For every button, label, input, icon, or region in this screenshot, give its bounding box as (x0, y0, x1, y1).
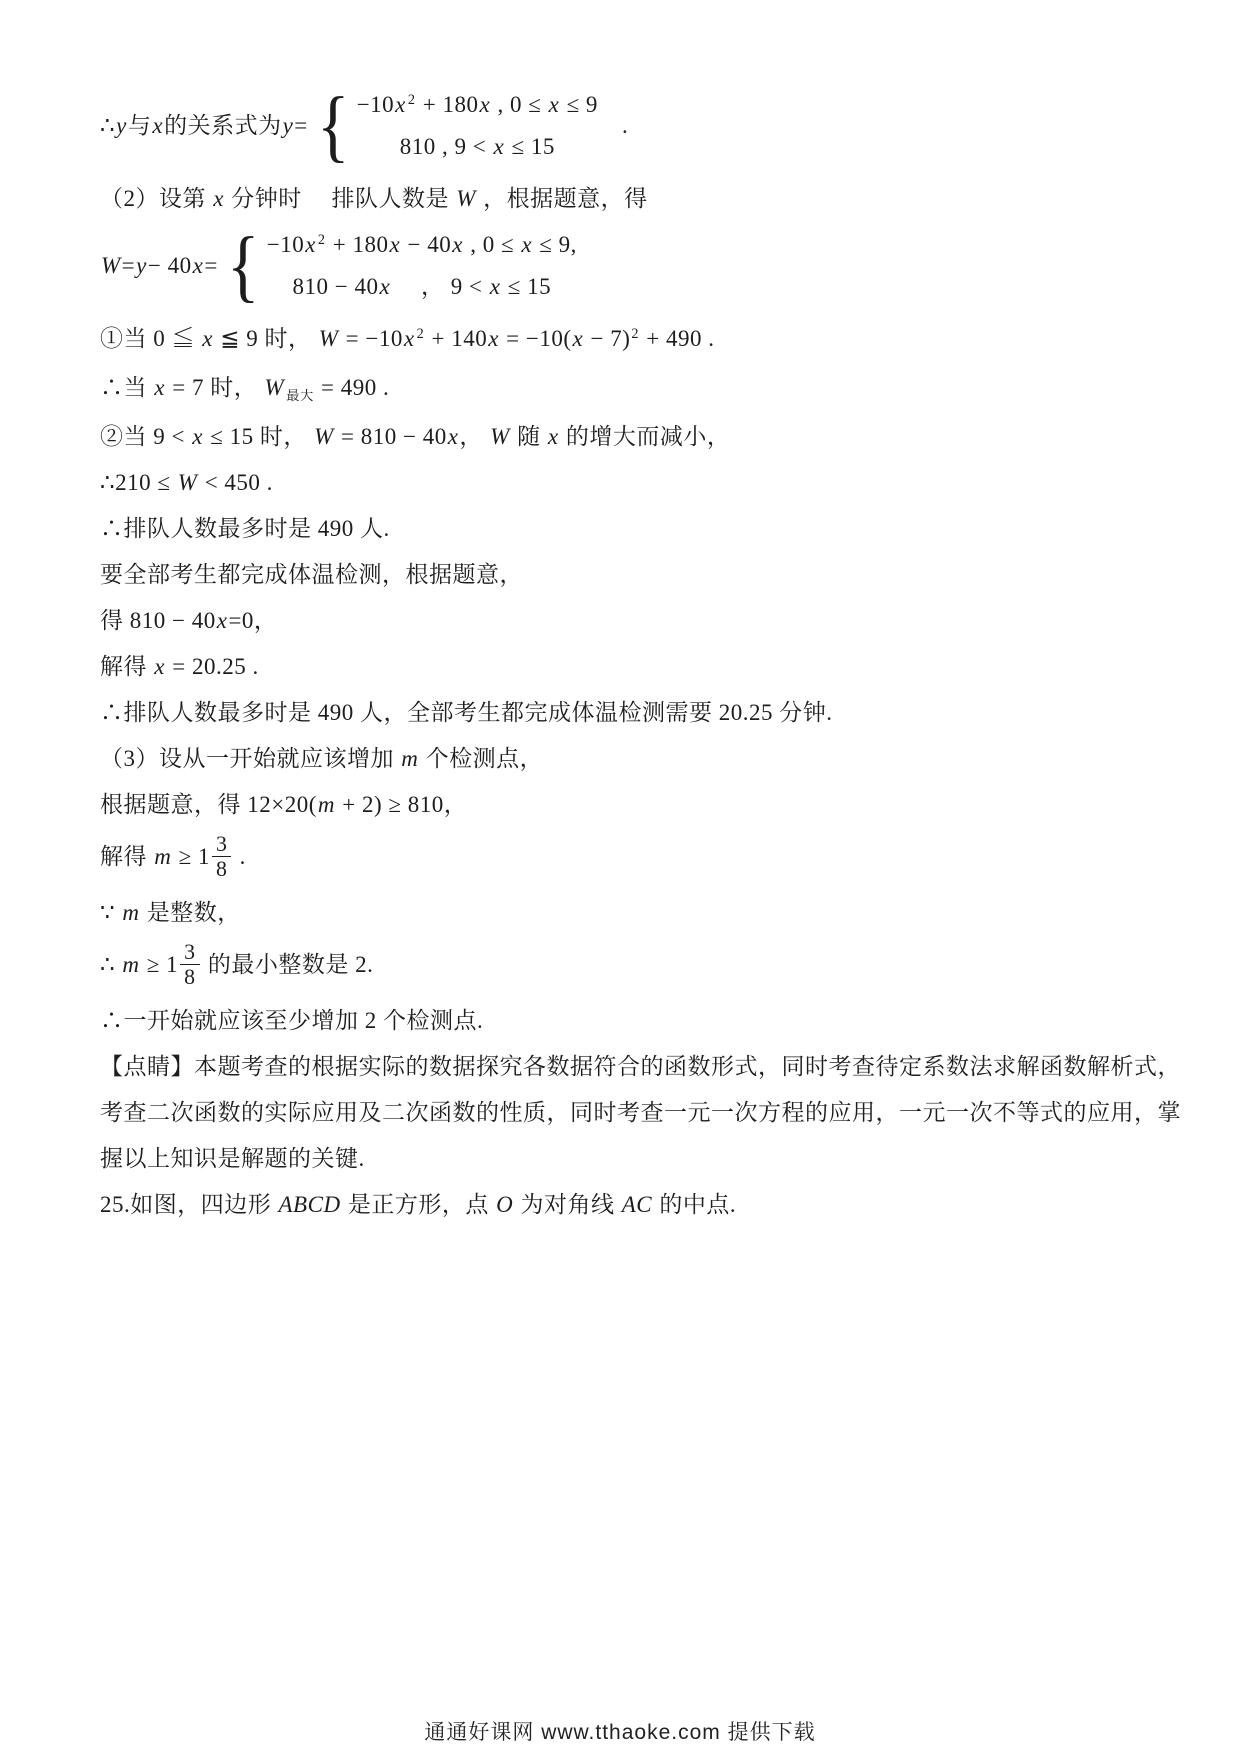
text-run: − 7) (584, 326, 630, 351)
text-run: 【点睛】本题考查的根据实际的数据探究各数据符合的函数形式，同时考查待定系数法求解… (100, 1054, 1181, 1079)
math-variable: m (153, 844, 172, 869)
w-range-line: ∴210 ≤ W < 450 . (100, 466, 1150, 500)
document-page: ∴ y 与 x 的关系式为 y = {−10x2 + 180x , 0 ≤ x … (0, 0, 1240, 1754)
math-variable: x (520, 232, 533, 257)
math-variable: x (153, 375, 166, 400)
text-run: + 180 (327, 232, 389, 257)
text-run: 握以上知识是解题的关键. (100, 1146, 365, 1171)
text-run: + 140 (425, 326, 487, 351)
text-run: 2 (407, 92, 417, 108)
math-variable: W (455, 186, 477, 211)
math-variable: x (493, 134, 506, 159)
text-run: 要全部考生都完成体温检测，根据题意， (100, 562, 523, 587)
text-run: 的关系式为 (164, 109, 282, 143)
text-run: = 7 时， (166, 375, 263, 400)
math-variable: W (318, 326, 340, 351)
text-run: ≤ 15 时， (204, 424, 313, 449)
m-integer-line: ∵ m 是整数， (100, 896, 1150, 930)
left-brace: { (317, 88, 350, 164)
text-run: =0， (228, 608, 277, 633)
math-variable: y (115, 109, 128, 143)
text-run: 2 (416, 326, 426, 342)
math-variable: W (489, 424, 511, 449)
text-run: = (204, 249, 217, 283)
text-run: ①当 0 ≦ (100, 326, 201, 351)
math-variable: y (135, 249, 148, 283)
text-run: ， (459, 424, 489, 449)
math-variable: x (547, 424, 560, 449)
math-variable: W (100, 249, 122, 283)
math-variable: x (389, 232, 402, 257)
comment-line-1: 【点睛】本题考查的根据实际的数据探究各数据符合的函数形式，同时考查待定系数法求解… (100, 1050, 1150, 1084)
text-run: < 450 . (198, 470, 272, 495)
solve-m-line: 解得 m ≥ 138 . (100, 834, 1150, 884)
text-run: 解得 (100, 654, 153, 679)
equation-line: 得 810 − 40x=0， (100, 604, 1150, 638)
text-run: − 40 (148, 249, 192, 283)
conclusion-part3: ∴一开始就应该至少增加 2 个检测点. (100, 1004, 1150, 1038)
left-brace: { (227, 228, 260, 304)
text-run: = −10 (339, 326, 402, 351)
piecewise-case-row: 810 − 40x ， 9 < x ≤ 15 (293, 272, 552, 302)
part2-setup: （2）设第 x 分钟时 排队人数是 W ，根据题意，得 (100, 182, 1150, 216)
text-run: = 810 − 40 (335, 424, 447, 449)
temp-check-condition: 要全部考生都完成体温检测，根据题意， (100, 558, 1150, 592)
text-run: ≥ 1 (172, 844, 210, 869)
text-run: 与 (128, 109, 152, 143)
text-run: ∴当 (100, 375, 153, 400)
solve-x-line: 解得 x = 20.25 . (100, 650, 1150, 684)
text-run: ∴排队人数最多时是 490 人，全部考生都完成体温检测需要 20.25 分钟. (100, 700, 833, 725)
w-max-line: ∴当 x = 7 时， W最大 = 490 . (100, 371, 1150, 408)
math-variable: O (495, 1192, 514, 1217)
text-run: + 180 (417, 92, 479, 117)
text-run: − 40 (401, 232, 451, 257)
text-run: ≤ 9 (560, 92, 598, 117)
math-variable: x (447, 424, 460, 449)
text-run: ≦ 9 时， (214, 326, 318, 351)
text-run: + 490 . (640, 326, 714, 351)
footer-text: 通通好课网 www.tthaoke.com 提供下载 (424, 1721, 815, 1744)
piecewise-cases: −10x2 + 180x , 0 ≤ x ≤ 9810 , 9 < x ≤ 15 (357, 90, 598, 162)
text-run: ∴排队人数最多时是 490 人. (100, 516, 390, 541)
text-run: 810 − 40 (293, 274, 379, 299)
w-formula: W = y − 40x = {−10x2 + 180x − 40x , 0 ≤ … (100, 228, 1150, 304)
math-variable: x (394, 92, 407, 117)
fraction: 38 (180, 940, 199, 990)
math-variable: x (216, 608, 229, 633)
math-variable: AC (621, 1192, 653, 1217)
fraction-numerator: 3 (212, 832, 231, 856)
text-run: 随 (511, 424, 547, 449)
text-run: + 2) ≥ 810， (336, 792, 467, 817)
case1-formula: ①当 0 ≦ x ≦ 9 时， W = −10x2 + 140x = −10(x… (100, 322, 1150, 359)
text-run: 是整数， (141, 900, 241, 925)
text-run: ∴一开始就应该至少增加 2 个检测点. (100, 1008, 483, 1033)
text-run: 考查二次函数的实际应用及二次函数的性质，同时考查一元一次方程的应用，一元一次不等… (100, 1100, 1181, 1125)
text-run: 2 (317, 232, 327, 248)
math-variable: x (572, 326, 585, 351)
text-run: 的增大而减小， (560, 424, 731, 449)
text-run: 是正方形，点 (342, 1192, 496, 1217)
math-variable: x (548, 92, 561, 117)
fraction-numerator: 3 (180, 940, 199, 964)
math-variable: x (151, 109, 164, 143)
text-run: ②当 9 < (100, 424, 191, 449)
text-run: , 0 ≤ (491, 92, 547, 117)
max-queue-line: ∴排队人数最多时是 490 人. (100, 512, 1150, 546)
piecewise-cases: −10x2 + 180x − 40x , 0 ≤ x ≤ 9,810 − 40x… (267, 230, 577, 302)
case2-formula: ②当 9 < x ≤ 15 时， W = 810 − 40x， W 随 x 的增… (100, 420, 1150, 454)
document-content: ∴ y 与 x 的关系式为 y = {−10x2 + 180x , 0 ≤ x … (100, 84, 1150, 1234)
conclusion-part2: ∴排队人数最多时是 490 人，全部考生都完成体温检测需要 20.25 分钟. (100, 696, 1150, 730)
text-run: , 0 ≤ (464, 232, 520, 257)
math-variable: y (282, 109, 295, 143)
question-25: 25.如图，四边形 ABCD 是正方形，点 O 为对角线 AC 的中点. (100, 1188, 1150, 1222)
text-run: ∴210 ≤ (100, 470, 177, 495)
text-run: 分钟时 排队人数是 (225, 186, 455, 211)
math-variable: m (400, 746, 419, 771)
page-footer: 通通好课网 www.tthaoke.com 提供下载 (0, 1716, 1240, 1746)
inequality-line: 根据题意，得 12×20(m + 2) ≥ 810， (100, 788, 1150, 822)
math-variable: x (201, 326, 214, 351)
math-variable: W (313, 424, 335, 449)
text-run: 解得 (100, 844, 153, 869)
math-variable: x (212, 186, 225, 211)
text-run: ≥ 1 (141, 952, 179, 977)
text-run: ，根据题意，得 (477, 186, 648, 211)
math-variable: W (177, 470, 199, 495)
math-variable: x (379, 274, 392, 299)
math-variable: m (121, 900, 140, 925)
math-variable: W (263, 375, 285, 400)
text-run: 最大 (285, 388, 315, 403)
text-run: 的中点. (653, 1192, 736, 1217)
text-run: 为对角线 (514, 1192, 621, 1217)
math-variable: x (451, 232, 464, 257)
text-run: ∵ (100, 900, 121, 925)
math-variable: x (304, 232, 317, 257)
fraction: 38 (212, 832, 231, 882)
piecewise-case-row: −10x2 + 180x − 40x , 0 ≤ x ≤ 9, (267, 230, 577, 263)
text-run: ， 9 < (391, 274, 488, 299)
text-run: ∴ (100, 952, 121, 977)
fraction-denominator: 8 (212, 856, 231, 881)
text-run: = (122, 249, 135, 283)
text-run: 25.如图，四边形 (100, 1192, 278, 1217)
math-variable: x (153, 654, 166, 679)
part3-setup: （3）设从一开始就应该增加 m 个检测点， (100, 742, 1150, 776)
math-variable: m (121, 952, 140, 977)
math-variable: x (191, 424, 204, 449)
math-variable: x (489, 274, 502, 299)
text-run: = (294, 109, 307, 143)
comment-line-3: 握以上知识是解题的关键. (100, 1142, 1150, 1176)
text-run: ≤ 15 (501, 274, 551, 299)
text-run: = 490 . (315, 375, 389, 400)
fraction-denominator: 8 (180, 964, 199, 989)
formula-period: . (622, 109, 628, 143)
comment-line-2: 考查二次函数的实际应用及二次函数的性质，同时考查一元一次方程的应用，一元一次不等… (100, 1096, 1150, 1130)
math-variable: ABCD (278, 1192, 342, 1217)
text-run: 得 810 − 40 (100, 608, 216, 633)
text-run: ∴ (100, 109, 115, 143)
text-run: = −10( (500, 326, 572, 351)
text-run: （3）设从一开始就应该增加 (100, 746, 400, 771)
math-variable: x (192, 249, 205, 283)
text-run: −10 (267, 232, 304, 257)
text-run: = 20.25 . (166, 654, 259, 679)
text-run: 的最小整数是 2. (202, 952, 374, 977)
text-run: 个检测点， (419, 746, 543, 771)
text-run: 810 , 9 < (400, 134, 493, 159)
text-run: （2）设第 (100, 186, 212, 211)
text-run: ≤ 15 (505, 134, 555, 159)
math-variable: m (317, 792, 336, 817)
relation-formula: ∴ y 与 x 的关系式为 y = {−10x2 + 180x , 0 ≤ x … (100, 88, 1150, 164)
text-run: . (233, 844, 246, 869)
min-integer-line: ∴ m ≥ 138 的最小整数是 2. (100, 942, 1150, 992)
math-variable: x (403, 326, 416, 351)
text-run: −10 (357, 92, 394, 117)
text-run: ≤ 9, (533, 232, 577, 257)
piecewise-case-row: 810 , 9 < x ≤ 15 (400, 132, 555, 162)
text-run: 根据题意，得 12×20( (100, 792, 317, 817)
text-run: 2 (630, 326, 640, 342)
piecewise-case-row: −10x2 + 180x , 0 ≤ x ≤ 9 (357, 90, 598, 123)
math-variable: x (479, 92, 492, 117)
math-variable: x (487, 326, 500, 351)
